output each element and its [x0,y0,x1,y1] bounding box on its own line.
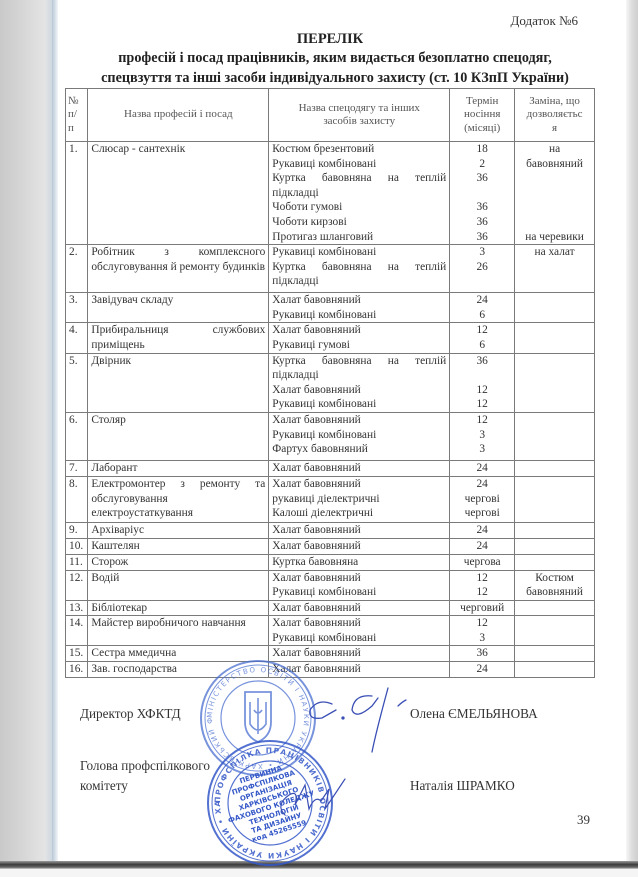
equipment-list: Халат бавовняний [269,646,450,662]
union-chair-title-line-2: комітету [80,776,210,796]
profession-name: Сестра ммедична [88,646,269,662]
header-replacement: Заміна, що дозволяєтьс я [515,89,595,142]
profession-name: Електромонтер з ремонту та обслуговуванн… [88,476,269,522]
document-title: ПЕРЕЛІК [60,31,600,48]
wear-term-value: 24 [453,539,511,554]
header-items-line: Назва спецодягу та інших [271,102,447,116]
spacer [453,186,511,201]
wear-term-value: 2 [453,157,511,172]
allowed-replacement [515,616,595,646]
equipment-item: Рукавиці комбіновані [272,585,446,600]
wear-term-value: 36 [453,171,511,186]
replacement-text [518,200,591,215]
wear-term: 24 [450,538,515,554]
profession-name: Архіваріус [88,522,269,538]
equipment-item: Рукавиці комбіновані [272,397,446,412]
protective-equipment-table: № п/ п Назва професій і посад Назва спец… [65,88,595,678]
wear-term-value: 36 [453,200,511,215]
subtitle-line-2: спецвзуття та інші засоби індивідуальног… [60,68,610,88]
wear-term-value: 12 [453,571,511,586]
equipment-list: Халат бавовняний [269,600,450,616]
wear-term-value: 24 [453,477,511,492]
equipment-list: Халат бавовняний [269,662,450,678]
equipment-item: Рукавиці комбіновані [272,245,446,260]
wear-term-value: 24 [453,293,511,308]
svg-text:ПРОФСПІЛКА ПРАЦІВНИКІВ ОСВІТИ: ПРОФСПІЛКА ПРАЦІВНИКІВ ОСВІТИ І НАУКИ УК… [205,738,327,860]
equipment-list: Куртка бавовняна [269,554,450,570]
wear-term-value: черговий [453,601,511,616]
profession-name: Бібліотекар [88,600,269,616]
svg-text:ФАХОВОГО КОЛЕДЖУ: ФАХОВОГО КОЛЕДЖУ [227,789,316,825]
equipment-item: Чоботи кирзові [272,215,446,230]
allowed-replacement [515,323,595,353]
header-term-line: (місяці) [452,122,512,136]
wear-term-value: 3 [453,631,511,646]
equipment-item: Халат бавовняний [272,413,446,428]
allowed-replacement [515,412,595,460]
row-number: 16. [66,662,88,678]
table-row: 3.Завідувач складуХалат бавовнянийРукави… [66,293,595,323]
equipment-list: Халат бавовнянийРукавиці комбіновані [269,616,450,646]
allowed-replacement [515,600,595,616]
page-number: 39 [577,812,590,828]
equipment-item: Халат бавовняний [272,383,446,398]
wear-term: 24 [450,662,515,678]
header-items: Назва спецодягу та інших засобів захисту [269,89,450,142]
table-row: 13.БібліотекарХалат бавовнянийчерговий [66,600,595,616]
header-profession: Назва професій і посад [88,89,269,142]
profession-name: Двірник [88,353,269,412]
equipment-item: Рукавиці гумові [272,338,446,353]
profession-name: Сторож [88,554,269,570]
wear-term-value: 36 [453,354,511,369]
equipment-list: Рукавиці комбінованіКуртка бавовняна на … [269,245,450,293]
wear-term: 123 [450,616,515,646]
table-row: 16.Зав. господарстваХалат бавовняний24 [66,662,595,678]
equipment-item: рукавиці діелектричні [272,492,446,507]
wear-term-value: 26 [453,260,511,275]
equipment-item: Куртка бавовняна на теплій підкладці [272,354,446,383]
wear-term: 126 [450,323,515,353]
equipment-list: Халат бавовнянийРукавиці комбіновані [269,293,450,323]
document-subtitle: професій і посад працівників, яким видає… [60,48,610,88]
wear-term: черговий [450,600,515,616]
allowed-replacement [515,662,595,678]
union-chair-title-line-1: Голова профспілкового [80,756,210,776]
profession-name: Майстер виробничого навчання [88,616,269,646]
row-number: 15. [66,646,88,662]
replacement-text: на халат [518,245,591,260]
wear-term: 24 [450,460,515,476]
equipment-list: Халат бавовняний [269,538,450,554]
profession-name: Каштелян [88,538,269,554]
row-number: 2. [66,245,88,293]
wear-term-value: 6 [453,308,511,323]
wear-term-value: 12 [453,413,511,428]
wear-term-value [453,368,511,383]
table-body: 1.Слюсар - сантехнікКостюм брезентовийРу… [66,142,595,678]
equipment-item: Фартух бавовняний [272,442,446,457]
union-chair-name: Наталія ШРАМКО [410,778,515,794]
allowed-replacement: Костюмбавовняний [515,570,595,600]
row-number: 14. [66,616,88,646]
table-header-row: № п/ п Назва професій і посад Назва спец… [66,89,595,142]
table-row: 5.ДвірникКуртка бавовняна на теплій підк… [66,353,595,412]
wear-term: 24черговічергові [450,476,515,522]
table-row: 4.Прибиральниця службових приміщеньХалат… [66,323,595,353]
profession-name: Зав. господарства [88,662,269,678]
equipment-item: Халат бавовняний [272,477,446,492]
allowed-replacement [515,522,595,538]
equipment-item: Рукавиці комбіновані [272,308,446,323]
wear-term-value: чергова [453,555,511,570]
equipment-item: Халат бавовняний [272,461,446,476]
allowed-replacement: на халат [515,245,595,293]
equipment-item: Халат бавовняний [272,646,446,661]
allowed-replacement [515,554,595,570]
wear-term: чергова [450,554,515,570]
scan-shadow-bottom [0,861,638,869]
wear-term: 36 [450,646,515,662]
header-replacement-line: дозволяєтьс [517,108,592,122]
equipment-item: Рукавиці комбіновані [272,428,446,443]
director-signature [270,680,410,770]
table-row: 10.КаштелянХалат бавовняний24 [66,538,595,554]
equipment-list: Халат бавовнянийрукавиці діелектричніКал… [269,476,450,522]
table-row: 15.Сестра ммедичнаХалат бавовняний36 [66,646,595,662]
header-num-line: № [68,95,85,109]
allowed-replacement [515,460,595,476]
replacement-text: бавовняний [518,157,591,172]
wear-term-value: 3 [453,245,511,260]
row-number: 10. [66,538,88,554]
wear-term-value: 3 [453,442,511,457]
equipment-item: Халат бавовняний [272,601,446,616]
profession-name: Лаборант [88,460,269,476]
director-name: Олена ЄМЕЛЬЯНОВА [410,706,538,722]
equipment-item: Куртка бавовняна [272,555,446,570]
svg-text:ПРОФСПІЛКОВА: ПРОФСПІЛКОВА [231,769,297,797]
scan-shadow-right [626,0,638,877]
table-row: 9.АрхіваріусХалат бавовняний24 [66,522,595,538]
wear-term: 1212 [450,570,515,600]
row-number: 3. [66,293,88,323]
header-num: № п/ п [66,89,88,142]
wear-term-value: 24 [453,523,511,538]
row-number: 11. [66,554,88,570]
svg-text:ТА ДИЗАЙНУ: ТА ДИЗАЙНУ [250,810,303,835]
director-title: Директор ХФКТД [80,704,181,724]
equipment-item: Протигаз шланговий [272,230,446,245]
profession-name: Слюсар - сантехнік [88,142,269,245]
header-replacement-line: я [517,122,592,136]
row-number: 6. [66,412,88,460]
equipment-list: Халат бавовнянийРукавиці комбінованіФарт… [269,412,450,460]
table-row: 8.Електромонтер з ремонту та обслуговува… [66,476,595,522]
row-number: 9. [66,522,88,538]
header-num-line: п/ [68,108,85,122]
table-row: 2.Робітник з комплексного обслуговування… [66,245,595,293]
profession-name: Столяр [88,412,269,460]
union-chair-title: Голова профспілкового комітету [80,756,210,796]
equipment-list: Халат бавовняний [269,522,450,538]
equipment-item: Халат бавовняний [272,571,446,586]
equipment-item: Чоботи гумові [272,200,446,215]
equipment-item: Костюм брезентовий [272,142,446,157]
profession-name: Робітник з комплексного обслуговування й… [88,245,269,293]
equipment-item: Халат бавовняний [272,616,446,631]
equipment-list: Халат бавовнянийРукавиці гумові [269,323,450,353]
row-number: 4. [66,323,88,353]
wear-term-value: 3 [453,428,511,443]
wear-term: 18236363636 [450,142,515,245]
profession-name: Водій [88,570,269,600]
allowed-replacement [515,646,595,662]
wear-term: 1233 [450,412,515,460]
scan-page-edge [52,0,58,877]
equipment-item: Калоші діелектричні [272,506,446,521]
row-number: 8. [66,476,88,522]
header-items-line: засобів захисту [271,115,447,129]
equipment-item: Рукавиці комбіновані [272,157,446,172]
allowed-replacement [515,353,595,412]
wear-term-value: 12 [453,397,511,412]
equipment-item: Халат бавовняний [272,523,446,538]
wear-term: 361212 [450,353,515,412]
replacement-text [518,171,591,186]
svg-text:ПЕРВИННА: ПЕРВИННА [239,764,284,785]
table-row: 1.Слюсар - сантехнікКостюм брезентовийРу… [66,142,595,245]
allowed-replacement [515,538,595,554]
profession-name: Прибиральниця службових приміщень [88,323,269,353]
equipment-item: Куртка бавовняна на теплій підкладці [272,171,446,200]
wear-term: 246 [450,293,515,323]
wear-term-value: 18 [453,142,511,157]
header-term-line: Термін [452,95,512,109]
row-number: 13. [66,600,88,616]
wear-term-value: 12 [453,585,511,600]
appendix-label: Додаток №6 [510,13,578,29]
table-row: 7.ЛаборантХалат бавовняний24 [66,460,595,476]
allowed-replacement: набавовнянийна черевики [515,142,595,245]
replacement-text: на [518,142,591,157]
table-row: 11.СторожКуртка бавовняначергова [66,554,595,570]
equipment-item: Рукавиці комбіновані [272,631,446,646]
equipment-item: Халат бавовняний [272,539,446,554]
wear-term-value: 24 [453,461,511,476]
table-row: 12.ВодійХалат бавовнянийРукавиці комбіно… [66,570,595,600]
svg-text:ХАРКІВСЬКОГО: ХАРКІВСЬКОГО [238,786,300,813]
subtitle-line-1: професій і посад працівників, яким видає… [60,48,610,68]
union-signature [265,765,365,835]
equipment-item: Халат бавовняний [272,662,446,677]
equipment-list: Халат бавовняний [269,460,450,476]
row-number: 5. [66,353,88,412]
replacement-text [518,215,591,230]
replacement-text: на черевики [518,230,591,245]
wear-term-value: 12 [453,323,511,338]
profession-name: Завідувач складу [88,293,269,323]
allowed-replacement [515,293,595,323]
row-number: 7. [66,460,88,476]
union-stamp: ПРОФСПІЛКА ПРАЦІВНИКІВ ОСВІТИ І НАУКИ УК… [205,738,335,868]
header-replacement-line: Заміна, що [517,95,592,109]
header-term: Термін носіння (місяці) [450,89,515,142]
equipment-item: Халат бавовняний [272,293,446,308]
svg-text:код 45265559: код 45265559 [251,819,307,844]
wear-term-value: чергові [453,506,511,521]
replacement-text: Костюм [518,571,591,586]
wear-term: 326 [450,245,515,293]
allowed-replacement [515,476,595,522]
equipment-list: Костюм брезентовийРукавиці комбінованіКу… [269,142,450,245]
wear-term-value: 36 [453,215,511,230]
svg-text:ТЕХНОЛОГІЙ: ТЕХНОЛОГІЙ [248,802,300,827]
row-number: 12. [66,570,88,600]
wear-term: 24 [450,522,515,538]
table-row: 6.СтолярХалат бавовнянийРукавиці комбіно… [66,412,595,460]
wear-term-value: 12 [453,383,511,398]
equipment-list: Халат бавовнянийРукавиці комбіновані [269,570,450,600]
row-number: 1. [66,142,88,245]
wear-term-value: 36 [453,230,511,245]
scan-shadow-left [0,0,56,877]
wear-term-value: 36 [453,646,511,661]
replacement-text [518,186,591,201]
wear-term-value: 6 [453,338,511,353]
table-row: 14.Майстер виробничого навчанняХалат бав… [66,616,595,646]
replacement-text: бавовняний [518,585,591,600]
wear-term-value: 24 [453,662,511,677]
wear-term-value: чергові [453,492,511,507]
equipment-list: Куртка бавовняна на теплій підкладціХала… [269,353,450,412]
header-num-line: п [68,122,85,136]
equipment-item: Куртка бавовняна на теплій підкладці [272,260,446,289]
wear-term-value: 12 [453,616,511,631]
svg-text:ОРГАНІЗАЦІЯ: ОРГАНІЗАЦІЯ [239,779,293,803]
equipment-item: Халат бавовняний [272,323,446,338]
header-term-line: носіння [452,108,512,122]
scan-margin-bottom [0,869,638,877]
